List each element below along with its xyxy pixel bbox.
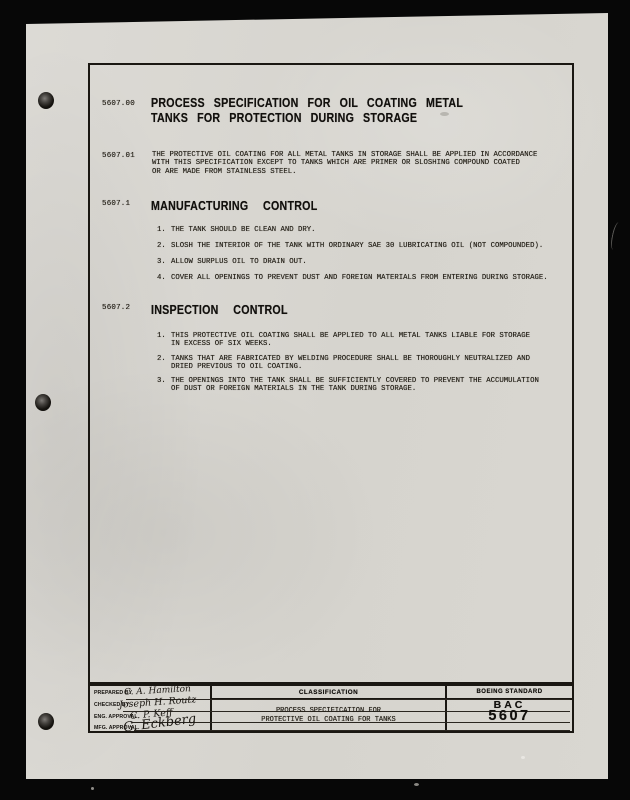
- signature-rule: [134, 730, 570, 731]
- list-item-text: COVER ALL OPENINGS TO PREVENT DUST AND F…: [171, 274, 548, 282]
- list-item: 4. COVER ALL OPENINGS TO PREVENT DUST AN…: [157, 274, 548, 282]
- list-item-text: THE TANK SHOULD BE CLEAN AND DRY.: [171, 226, 316, 234]
- list-item-text: TANKS THAT ARE FABRICATED BY WELDING PRO…: [171, 355, 530, 372]
- scope-paragraph: THE PROTECTIVE OIL COATING FOR ALL METAL…: [152, 151, 537, 176]
- scan-scratch: [609, 221, 623, 250]
- list-item: 3. THE OPENINGS INTO THE TANK SHALL BE S…: [157, 377, 539, 394]
- classification-line-1: PROCESS SPECIFICATION FOR: [212, 707, 445, 716]
- standard-number: 5607: [447, 708, 572, 724]
- document-title-line-2: TANKS FOR PROTECTION DURING STORAGE: [151, 110, 463, 125]
- section-number-manufacturing: 5607.1: [102, 200, 130, 208]
- list-item-line: DRIED PREVIOUS TO OIL COATING.: [171, 363, 530, 371]
- scope-line-3: OR ARE MADE FROM STAINLESS STEEL.: [152, 168, 537, 176]
- list-item-number: 2.: [157, 355, 171, 372]
- classification-text: PROCESS SPECIFICATION FOR PROTECTIVE OIL…: [212, 707, 445, 725]
- section-heading-inspection: INSPECTION CONTROL: [151, 302, 288, 317]
- boeing-standard-header: BOEING STANDARD: [447, 689, 572, 695]
- classification-line-2: PROTECTIVE OIL COATING FOR TANKS: [212, 716, 445, 725]
- list-item-number: 4.: [157, 274, 171, 282]
- scope-line-2: WITH THIS SPECIFICATION EXCEPT TO TANKS …: [152, 159, 537, 167]
- binder-hole-middle: [35, 394, 51, 411]
- section-heading-manufacturing: MANUFACTURING CONTROL: [151, 198, 317, 213]
- document-title-line-1: PROCESS SPECIFICATION FOR OIL COATING ME…: [151, 95, 463, 110]
- list-item-line: IN EXCESS OF SIX WEEKS.: [171, 340, 530, 348]
- classification-header: CLASSIFICATION: [212, 689, 445, 696]
- section-number-inspection: 5607.2: [102, 304, 130, 312]
- list-item: 2. SLOSH THE INTERIOR OF THE TANK WITH O…: [157, 242, 543, 250]
- list-item-number: 1.: [157, 226, 171, 234]
- document-title: PROCESS SPECIFICATION FOR OIL COATING ME…: [151, 95, 532, 125]
- scan-speck: [414, 783, 419, 786]
- list-item-text: SLOSH THE INTERIOR OF THE TANK WITH ORDI…: [171, 242, 543, 250]
- binder-hole-top: [38, 92, 54, 109]
- list-item-number: 2.: [157, 242, 171, 250]
- scan-speck: [91, 787, 94, 790]
- list-item: 2. TANKS THAT ARE FABRICATED BY WELDING …: [157, 355, 530, 372]
- list-item: 3. ALLOW SURPLUS OIL TO DRAIN OUT.: [157, 258, 307, 266]
- list-item-number: 3.: [157, 377, 171, 394]
- list-item-number: 3.: [157, 258, 171, 266]
- scan-speck: [521, 756, 525, 759]
- list-item: 1. THIS PROTECTIVE OIL COATING SHALL BE …: [157, 332, 530, 349]
- list-item-text: THE OPENINGS INTO THE TANK SHALL BE SUFF…: [171, 377, 539, 394]
- list-item: 1. THE TANK SHOULD BE CLEAN AND DRY.: [157, 226, 316, 234]
- scanned-page: 5607.00 PROCESS SPECIFICATION FOR OIL CO…: [0, 0, 630, 800]
- binder-hole-bottom: [38, 713, 54, 730]
- list-item-text: ALLOW SURPLUS OIL TO DRAIN OUT.: [171, 258, 307, 266]
- list-item-line: OF DUST OR FOREIGN MATERIALS IN THE TANK…: [171, 385, 539, 393]
- approval-table: PREPARED BY CHECKED BY ENG. APPROVAL MFG…: [88, 684, 574, 733]
- ink-smudge: [440, 112, 449, 116]
- section-number-title: 5607.00: [102, 100, 135, 108]
- list-item-text: THIS PROTECTIVE OIL COATING SHALL BE APP…: [171, 332, 530, 349]
- section-number-scope: 5607.01: [102, 152, 135, 160]
- list-item-number: 1.: [157, 332, 171, 349]
